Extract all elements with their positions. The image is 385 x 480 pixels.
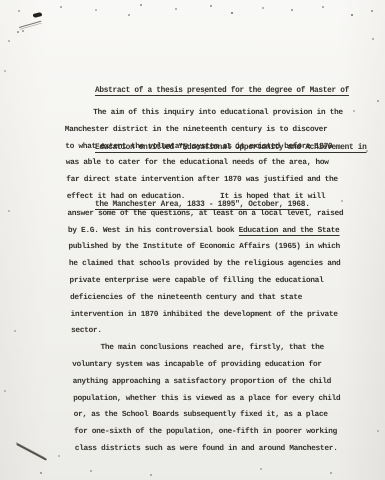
text-segment: answer some of the questions, at least o… <box>67 210 343 218</box>
text-segment: voluntary system was incapable of provid… <box>72 361 322 369</box>
text-segment: he claimed that schools provided by the … <box>69 260 341 268</box>
text-segment: population, whether this is viewed as a … <box>73 395 340 403</box>
text-line: far direct state intervention after 1870… <box>66 172 345 189</box>
text-line: anything approaching a satisfactory prop… <box>72 374 351 391</box>
text-line: by E.G. West in his controversial book E… <box>68 223 347 240</box>
text-segment: for one-sixth of the population, one-fif… <box>74 428 337 436</box>
text-line: The main conclusions reached are, firstl… <box>71 340 350 357</box>
body-text: The aim of this inquiry into educational… <box>64 105 354 458</box>
text-line: intervention in 1870 inhibited the devel… <box>70 307 349 324</box>
text-segment: private enterprise were capable of filli… <box>69 277 323 285</box>
text-segment: published by the Institute of Economic A… <box>68 243 340 251</box>
text-line: for one-sixth of the population, one-fif… <box>74 424 353 441</box>
text-segment: far direct state intervention after 1870… <box>66 176 338 184</box>
text-segment: deficiencies of the nineteenth century a… <box>70 294 302 302</box>
scan-noise-specks <box>0 0 2 2</box>
text-segment: or, as the School Boards subsequently fi… <box>74 411 328 419</box>
text-line: effect it had on education. It is hoped … <box>67 189 346 206</box>
text-segment: class districts such as were found in an… <box>75 445 338 453</box>
text-segment: intervention in 1870 inhibited the devel… <box>70 311 337 319</box>
text-line: or, as the School Boards subsequently fi… <box>74 407 353 424</box>
text-segment: was able to cater for the educational ne… <box>66 159 329 167</box>
text-line: The aim of this inquiry into educational… <box>64 105 343 122</box>
underlined-book-title: Education and the State <box>239 227 340 235</box>
text-line: population, whether this is viewed as a … <box>73 391 352 408</box>
text-segment: to what extent the voluntary system as i… <box>65 143 332 151</box>
text-line: answer some of the questions, at least o… <box>67 206 346 223</box>
scratch-mark-top-left <box>19 21 41 28</box>
text-line: voluntary system was incapable of provid… <box>72 357 351 374</box>
text-segment: by E.G. West in his controversial book <box>68 227 239 235</box>
ink-blot-mark <box>33 12 43 18</box>
text-line: was able to cater for the educational ne… <box>66 155 345 172</box>
text-segment: effect it had on education. It is hoped … <box>67 193 326 201</box>
text-line: he claimed that schools provided by the … <box>69 256 348 273</box>
text-line: sector. <box>71 323 350 340</box>
text-line: private enterprise were capable of filli… <box>69 273 348 290</box>
pencil-mark-bottom-left <box>16 443 47 460</box>
text-segment: anything approaching a satisfactory prop… <box>73 378 332 386</box>
text-line: class districts such as were found in an… <box>75 441 354 458</box>
text-segment: The main conclusions reached are, firstl… <box>101 344 325 352</box>
text-line: to what extent the voluntary system as i… <box>65 139 344 156</box>
text-segment: Manchester district in the nineteenth ce… <box>65 126 328 134</box>
text-segment: The aim of this inquiry into educational… <box>93 109 343 117</box>
heading-line: Abstract of a thesis presented for the d… <box>95 82 367 101</box>
text-line: published by the Institute of Economic A… <box>68 239 347 256</box>
document-page: Abstract of a thesis presented for the d… <box>0 0 385 480</box>
text-line: Manchester district in the nineteenth ce… <box>65 122 344 139</box>
text-segment: sector. <box>71 327 102 335</box>
text-line: deficiencies of the nineteenth century a… <box>70 290 349 307</box>
